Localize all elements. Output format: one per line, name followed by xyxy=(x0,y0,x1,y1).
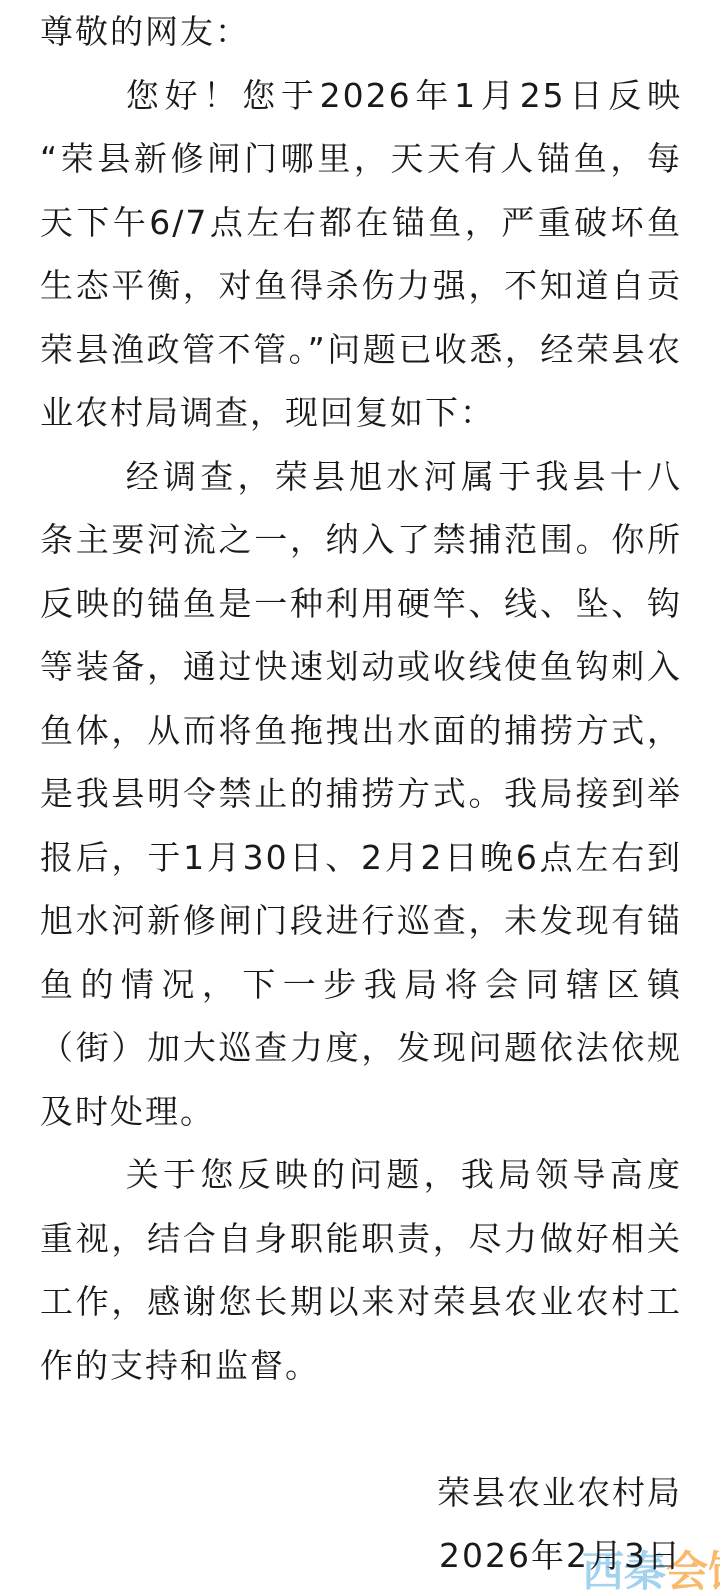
paragraph-investigation-result: 经调查，荣县旭水河属于我县十八条主要河流之一，纳入了禁捕范围。你所反映的锚鱼是一… xyxy=(40,445,682,1144)
salutation: 尊敬的网友： xyxy=(40,0,682,64)
blank-line xyxy=(40,1397,682,1461)
signature-organization: 荣县农业农村局 xyxy=(40,1461,682,1525)
letter-body: 尊敬的网友： 您好！您于2026年1月25日反映“荣县新修闸门哪里，天天有人锚鱼… xyxy=(0,0,720,1588)
reply-letter-page: 尊敬的网友： 您好！您于2026年1月25日反映“荣县新修闸门哪里，天天有人锚鱼… xyxy=(0,0,720,1595)
signature-date: 2026年2月3日 xyxy=(40,1524,682,1588)
paragraph-complaint-summary: 您好！您于2026年1月25日反映“荣县新修闸门哪里，天天有人锚鱼，每天下午6/… xyxy=(40,64,682,445)
paragraph-closing-thanks: 关于您反映的问题，我局领导高度重视，结合自身职能职责，尽力做好相关工作，感谢您长… xyxy=(40,1143,682,1397)
